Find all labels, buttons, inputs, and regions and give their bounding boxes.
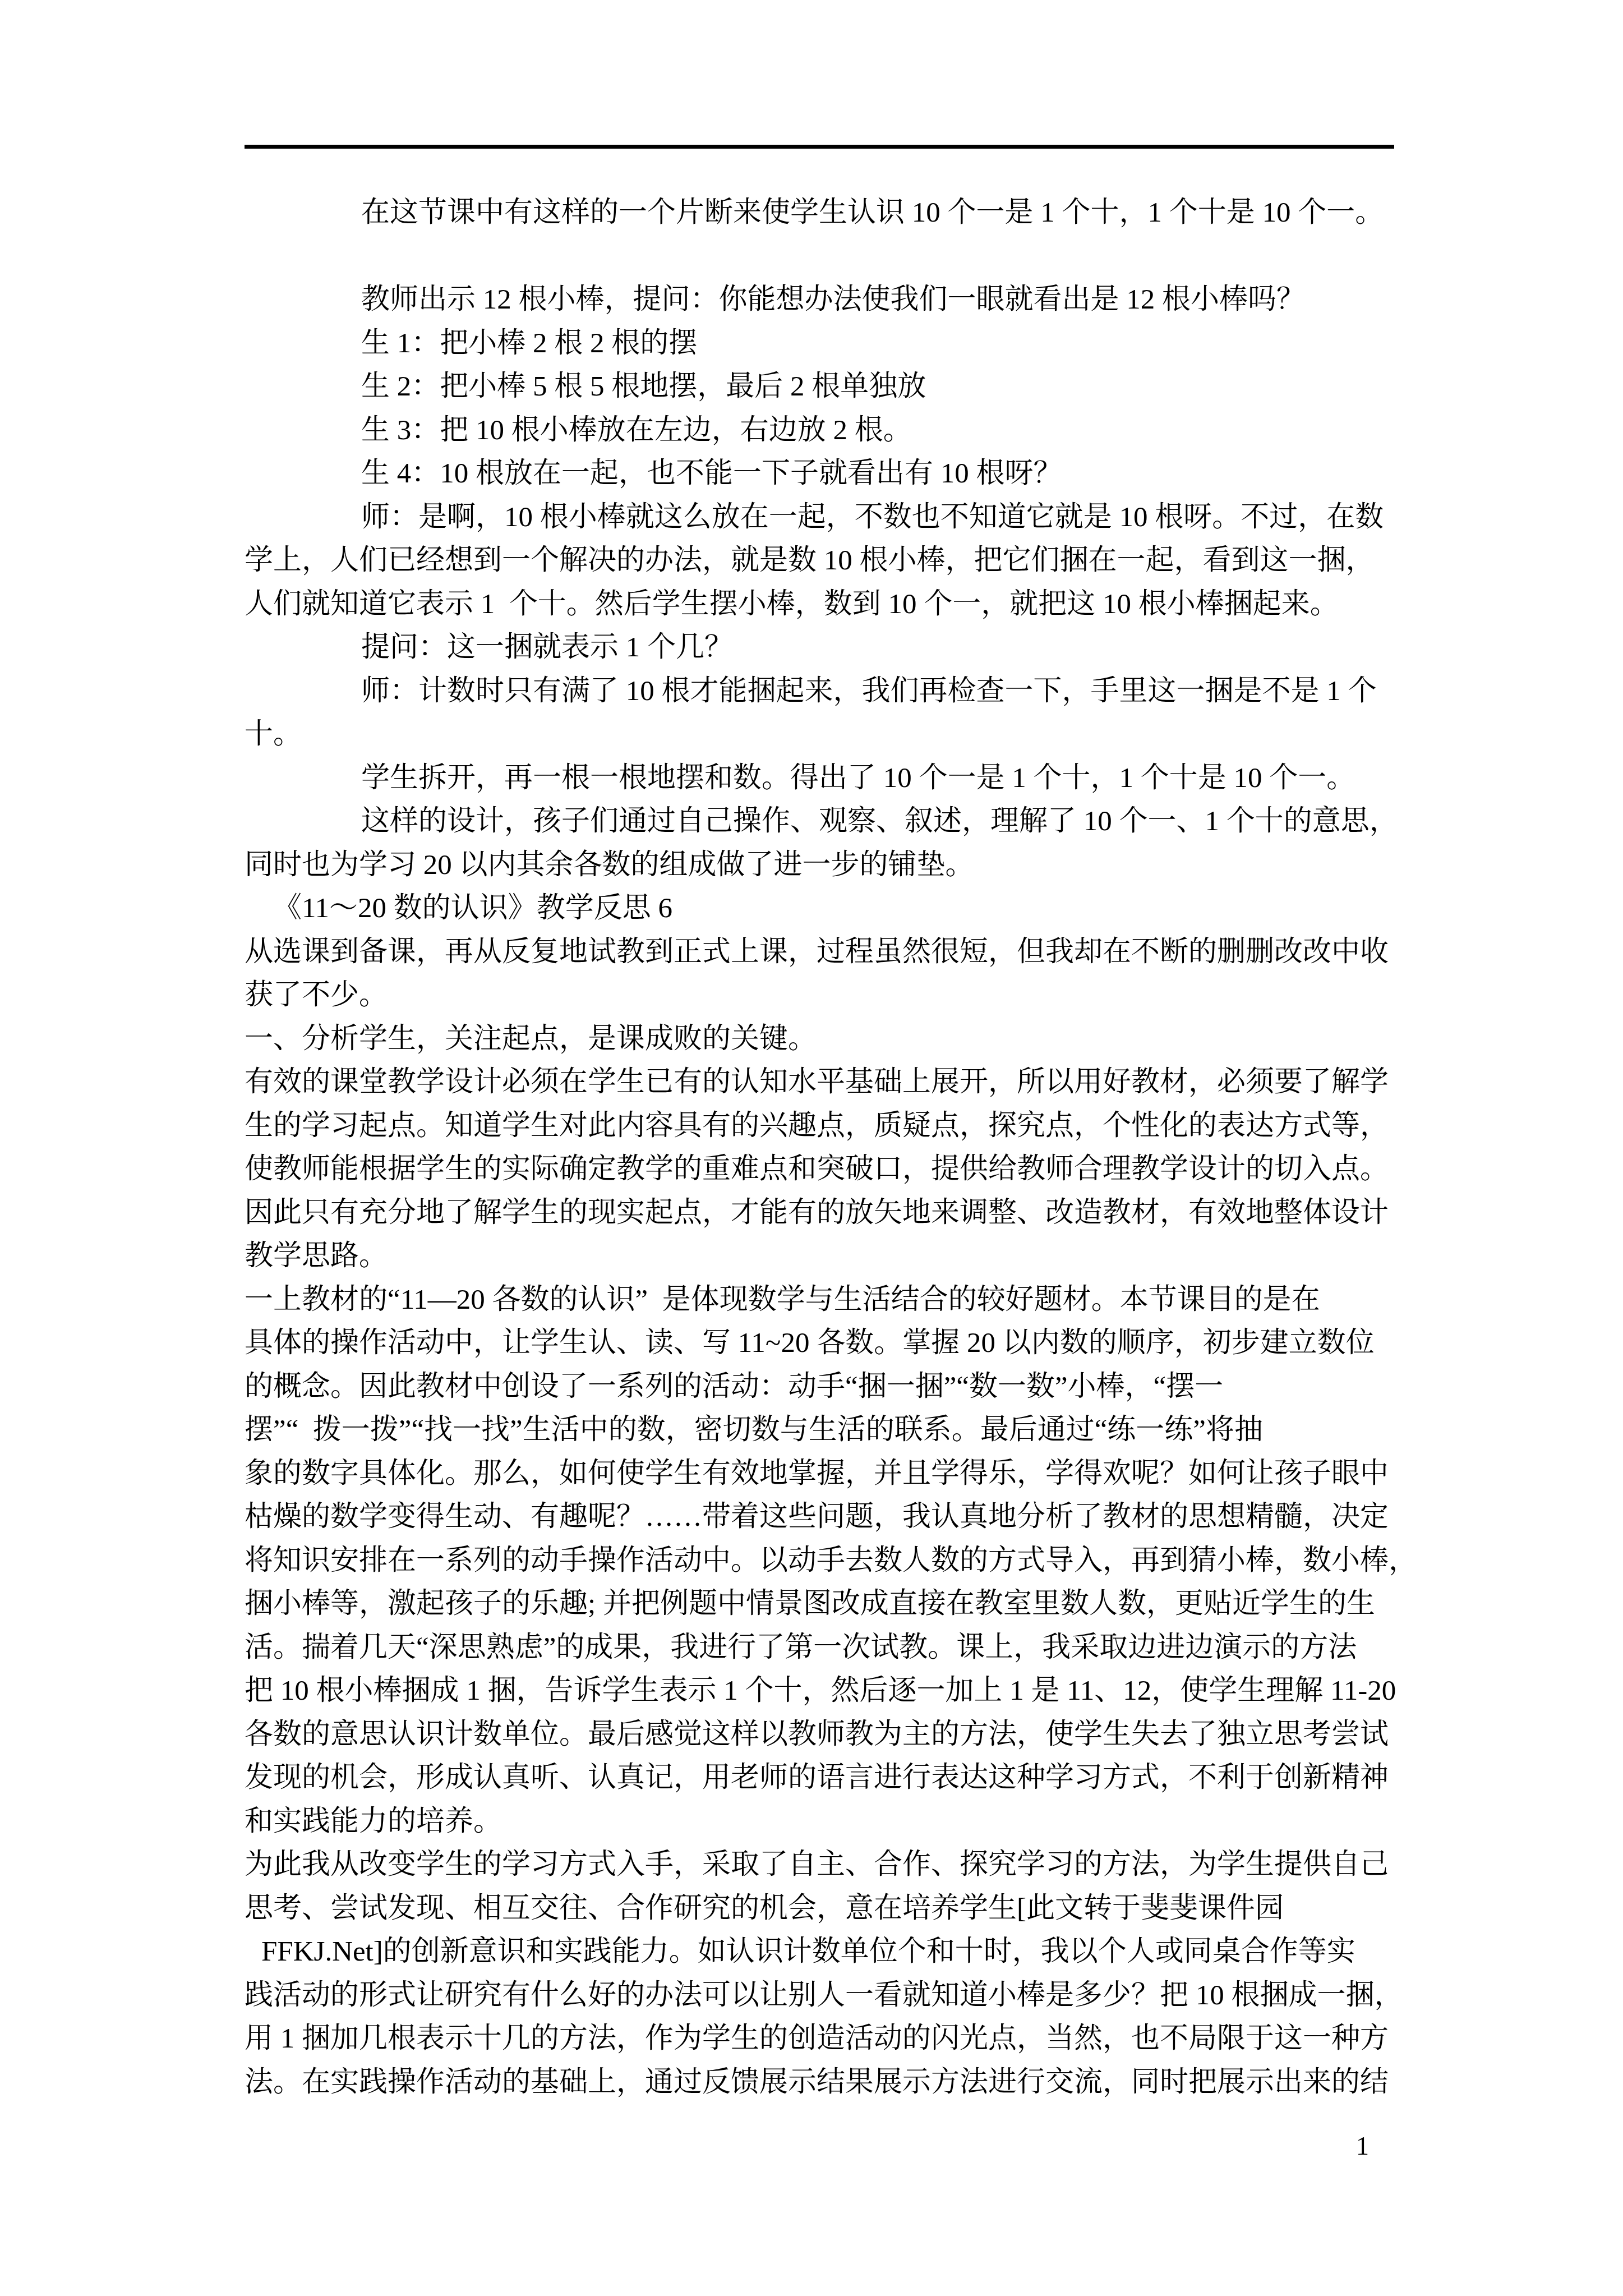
text-line (245, 235, 1456, 279)
text-line: 同时也为学习 20 以内其余各数的组成做了进一步的铺垫。 (245, 844, 1456, 887)
page-number: 1 (1356, 2129, 1369, 2163)
text-line: 师：计数时只有满了 10 根才能捆起来，我们再检查一下，手里这一捆是不是 1 个 (245, 670, 1456, 714)
text-line: 这样的设计，孩子们通过自己操作、观察、叙述，理解了 10 个一、1 个十的意思， (245, 800, 1456, 844)
text-line: 教师出示 12 根小棒，提问：你能想办法使我们一眼就看出是 12 根小棒吗？ (245, 278, 1456, 322)
document-page: 在这节课中有这样的一个片断来使学生认识 10 个一是 1 个十，1 个十是 10… (0, 0, 1623, 2296)
text-line: 学上，人们已经想到一个解决的办法，就是数 10 根小棒，把它们捆在一起，看到这一… (245, 539, 1456, 583)
text-line: 为此我从改变学生的学习方式入手，采取了自主、合作、探究学习的方法，为学生提供自己 (245, 1843, 1456, 1887)
text-line: 践活动的形式让研究有什么好的办法可以让别人一看就知道小棒是多少？把 10 根捆成… (245, 1974, 1456, 2018)
text-line: 教学思路。 (245, 1235, 1456, 1278)
text-line: 一上教材的“11—20 各数的认识” 是体现数学与生活结合的较好题材。本节课目的… (245, 1278, 1456, 1322)
text-line: FFKJ.Net]的创新意识和实践能力。如认识计数单位个和十时，我以个人或同桌合… (245, 1930, 1456, 1974)
text-line: 发现的机会，形成认真听、认真记，用老师的语言进行表达这种学习方式，不利于创新精神 (245, 1756, 1456, 1800)
text-line: 《11～20 数的认识》教学反思 6 (245, 887, 1456, 931)
text-line: 生的学习起点。知道学生对此内容具有的兴趣点，质疑点，探究点，个性化的表达方式等， (245, 1105, 1456, 1148)
text-line: 在这节课中有这样的一个片断来使学生认识 10 个一是 1 个十，1 个十是 10… (245, 191, 1456, 235)
text-line: 生 2：把小棒 5 根 5 根地摆，最后 2 根单独放 (245, 365, 1456, 409)
text-line: 用 1 捆加几根表示十几的方法，作为学生的创造活动的闪光点，当然，也不局限于这一… (245, 2017, 1456, 2061)
text-line: 生 3：把 10 根小棒放在左边，右边放 2 根。 (245, 409, 1456, 453)
text-line: 师：是啊，10 根小棒就这么放在一起，不数也不知道它就是 10 根呀。不过，在数 (245, 496, 1456, 540)
header-rule (245, 145, 1394, 149)
text-line: 使教师能根据学生的实际确定教学的重难点和突破口，提供给教师合理教学设计的切入点。 (245, 1148, 1456, 1191)
text-line: 和实践能力的培养。 (245, 1800, 1456, 1844)
text-line: 捆小棒等，激起孩子的乐趣; 并把例题中情景图改成直接在教室里数人数，更贴近学生的… (245, 1582, 1456, 1626)
text-line: 各数的意思认识计数单位。最后感觉这样以教师教为主的方法，使学生失去了独立思考尝试 (245, 1713, 1456, 1757)
text-line: 因此只有充分地了解学生的现实起点，才能有的放矢地来调整、改造教材，有效地整体设计 (245, 1191, 1456, 1235)
text-line: 象的数字具体化。那么，如何使学生有效地掌握，并且学得乐，学得欢呢？如何让孩子眼中 (245, 1452, 1456, 1496)
text-line: 学生拆开，再一根一根地摆和数。得出了 10 个一是 1 个十，1 个十是 10 … (245, 757, 1456, 800)
text-line: 把 10 根小棒捆成 1 捆，告诉学生表示 1 个十，然后逐一加上 1 是 11… (245, 1669, 1456, 1713)
text-line: 具体的操作活动中，让学生认、读、写 11~20 各数。掌握 20 以内数的顺序，… (245, 1322, 1456, 1365)
text-line: 十。 (245, 713, 1456, 757)
text-line: 将知识安排在一系列的动手操作活动中。以动手去数人数的方式导入，再到猜小棒，数小棒… (245, 1539, 1456, 1583)
text-line: 的概念。因此教材中创设了一系列的活动：动手“捆一捆”“数一数”小棒，“摆一 (245, 1365, 1456, 1409)
text-line: 生 4：10 根放在一起，也不能一下子就看出有 10 根呀？ (245, 452, 1456, 496)
text-line: 法。在实践操作活动的基础上，通过反馈展示结果展示方法进行交流，同时把展示出来的结 (245, 2061, 1456, 2105)
text-line: 提问：这一捆就表示 1 个几？ (245, 626, 1456, 670)
text-line: 一、分析学生，关注起点，是课成败的关键。 (245, 1018, 1456, 1061)
text-line: 活。揣着几天“深思熟虑”的成果，我进行了第一次试教。课上，我采取边进边演示的方法 (245, 1626, 1456, 1670)
text-line: 获了不少。 (245, 974, 1456, 1018)
text-line: 有效的课堂教学设计必须在学生已有的认知水平基础上展开，所以用好教材，必须要了解学 (245, 1061, 1456, 1105)
text-line: 摆”“ 拨一拨”“找一找”生活中的数，密切数与生活的联系。最后通过“练一练”将抽 (245, 1409, 1456, 1452)
text-line: 生 1：把小棒 2 根 2 根的摆 (245, 322, 1456, 366)
text-line: 思考、尝试发现、相互交往、合作研究的机会，意在培养学生[此文转于斐斐课件园 (245, 1887, 1456, 1931)
text-line: 从选课到备课，再从反复地试教到正式上课，过程虽然很短，但我却在不断的删删改改中收 (245, 931, 1456, 974)
body-text: 在这节课中有这样的一个片断来使学生认识 10 个一是 1 个十，1 个十是 10… (245, 191, 1456, 2104)
text-line: 人们就知道它表示 1 个十。然后学生摆小棒，数到 10 个一，就把这 10 根小… (245, 583, 1456, 627)
text-line: 枯燥的数学变得生动、有趣呢？……带着这些问题，我认真地分析了教材的思想精髓，决定 (245, 1496, 1456, 1539)
